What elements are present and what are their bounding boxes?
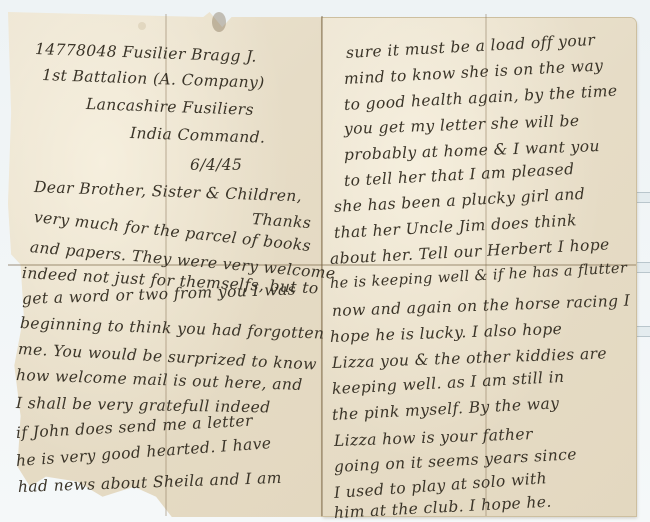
paper-tear [212, 12, 226, 32]
paper-stain [138, 22, 146, 30]
scanner-edge-mark [636, 262, 650, 273]
scanner-edge-mark [636, 326, 650, 337]
letter-date: 6/4/45 [190, 156, 242, 174]
scanner-edge-mark [636, 192, 650, 203]
